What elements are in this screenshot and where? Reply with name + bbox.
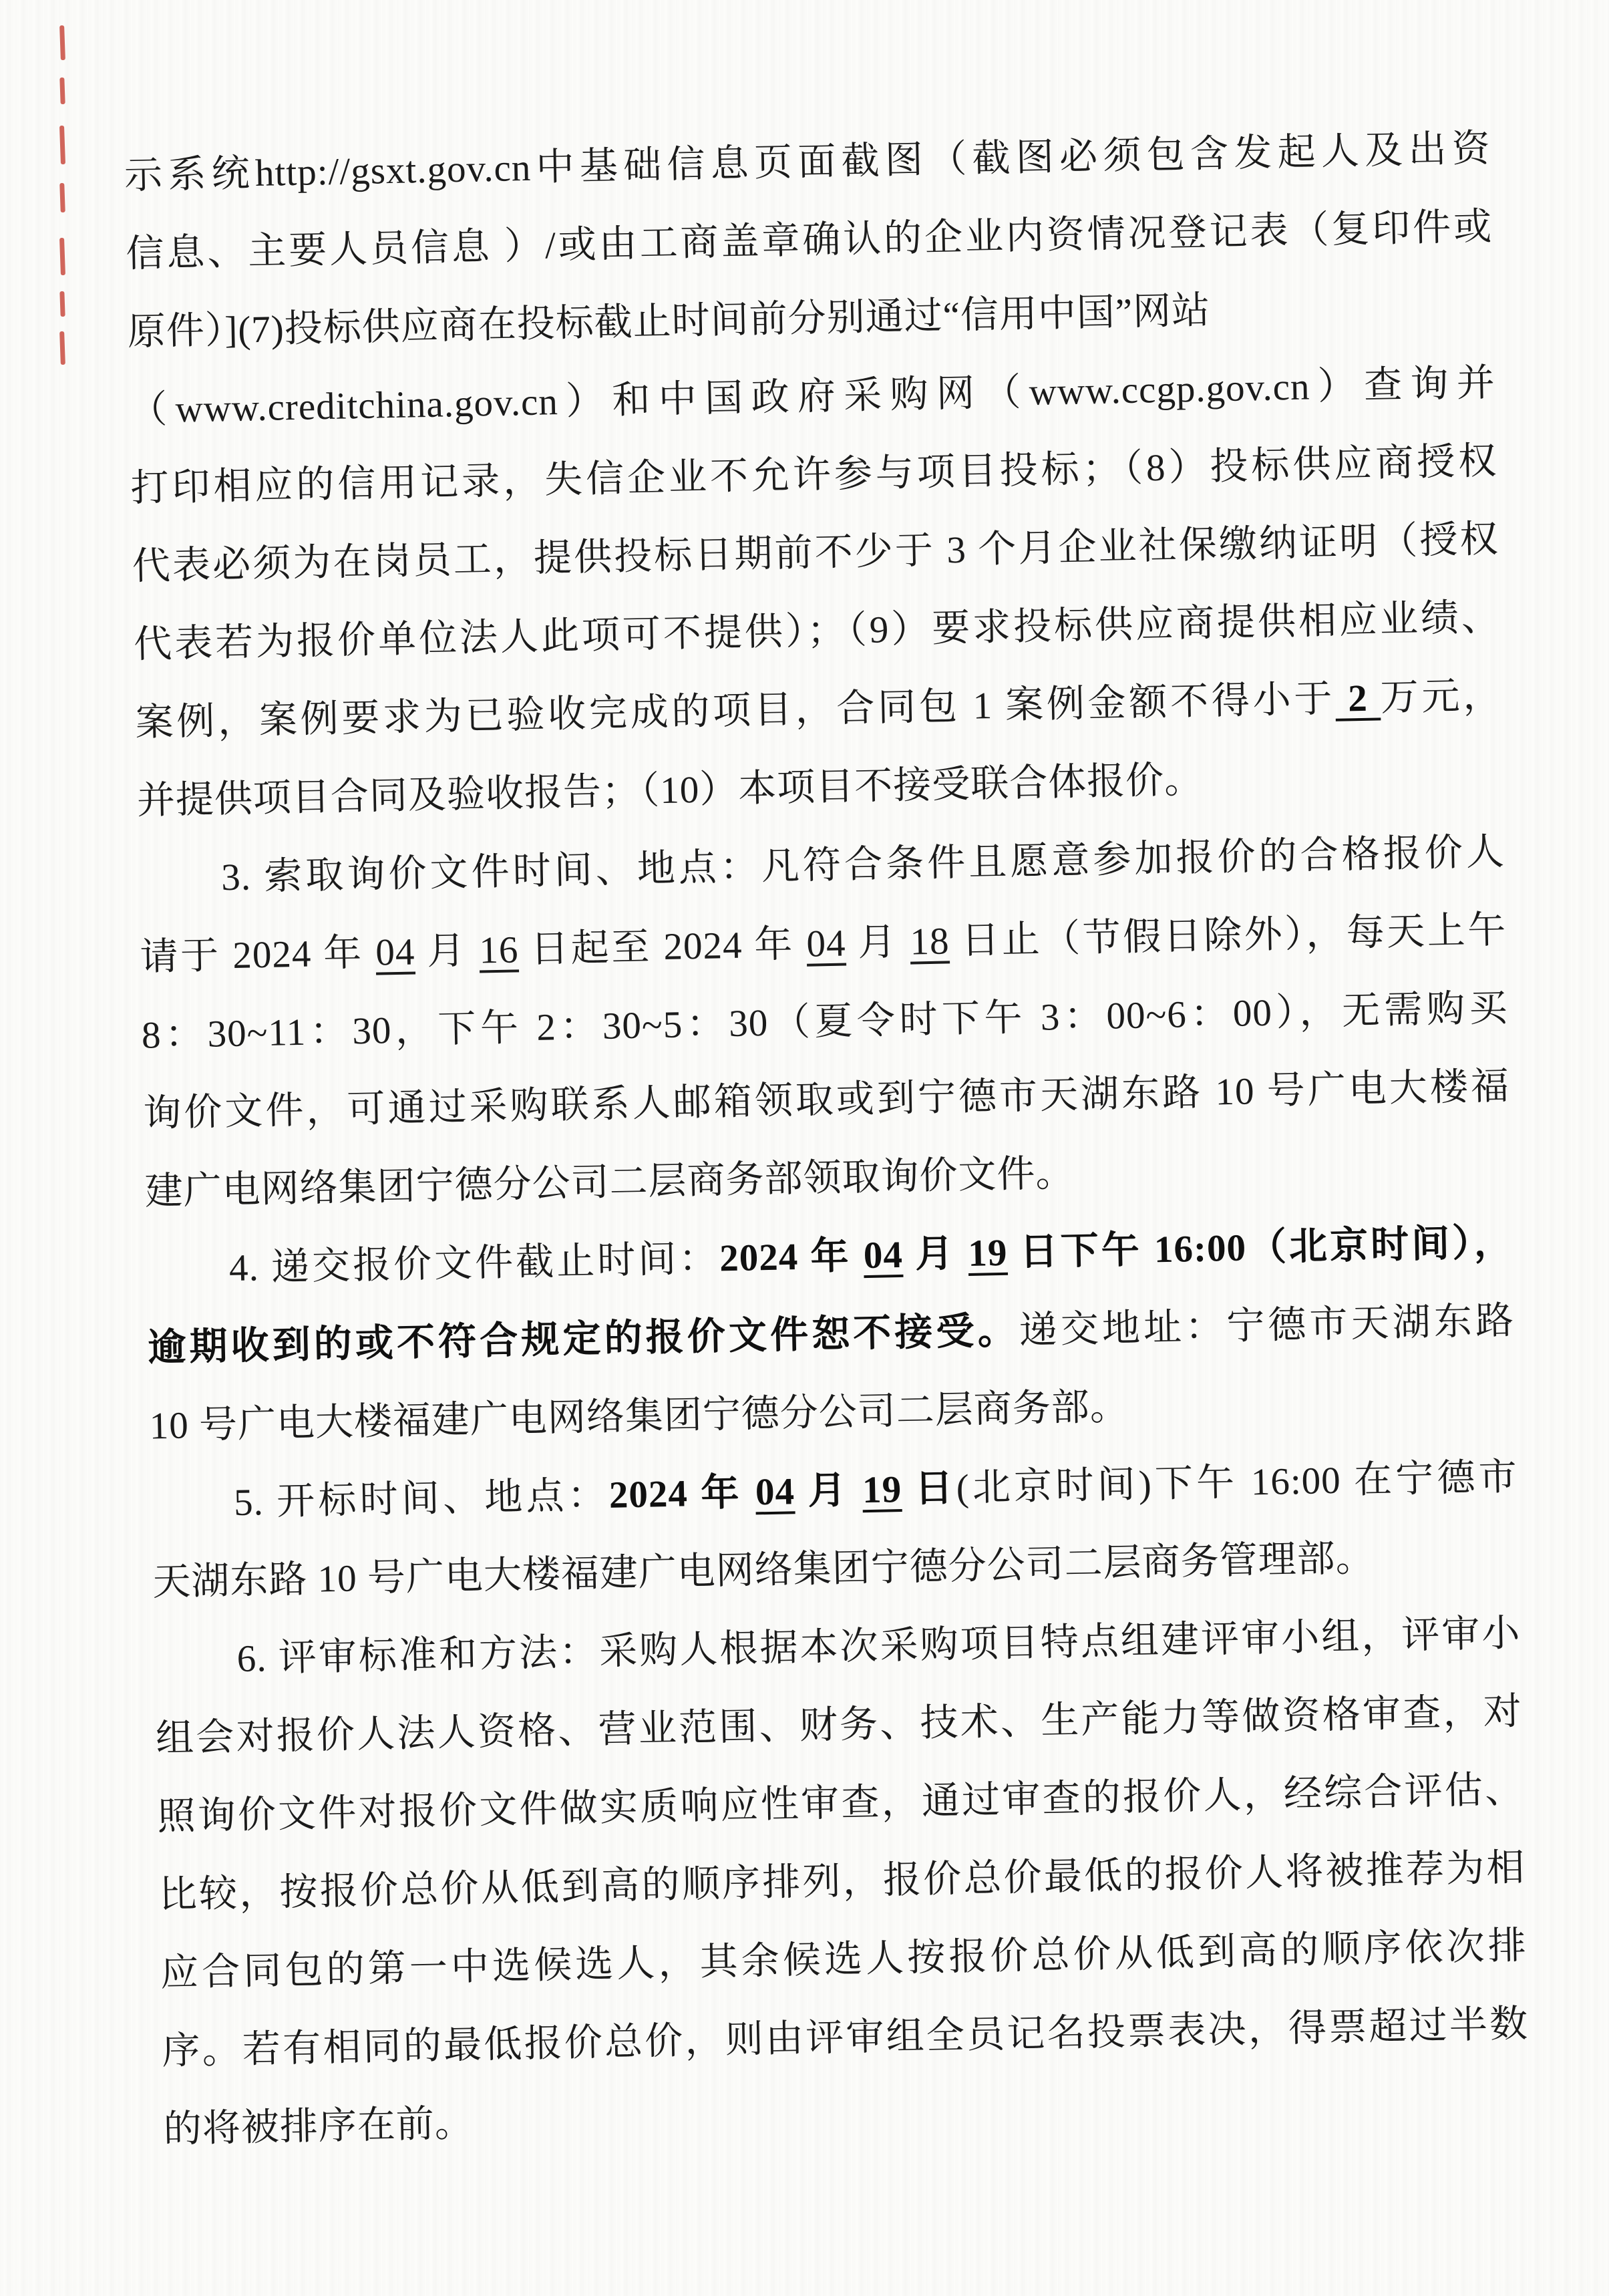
text-run: 逾期收到的或不符合规定的报价文件恕不接受。 bbox=[148, 1309, 1020, 1369]
text-run: 2024 年 bbox=[719, 1235, 864, 1279]
text-run: 递交地址：宁德市天湖东路 bbox=[1019, 1300, 1514, 1352]
text-run: 18 bbox=[910, 920, 950, 963]
red-mark bbox=[59, 331, 65, 365]
text-run: 案例，案例要求为已验收完成的项目，合同包 1 案例金额不得小于 bbox=[135, 678, 1336, 744]
text-run: 日起至 2024 年 bbox=[518, 923, 807, 971]
text-run: 16 bbox=[479, 929, 519, 971]
text-run: 2024 年 bbox=[608, 1471, 755, 1516]
text-run: 日 bbox=[901, 1467, 956, 1510]
text-run: 天湖东路 10 号广电大楼福建广电网络集团宁德分公司二层商务管理部。 bbox=[152, 1537, 1375, 1604]
text-run: 月 bbox=[846, 921, 910, 965]
red-mark bbox=[59, 238, 65, 275]
text-run: 应合同包的第一中选候选人，其余候选人按报价总价从低到高的顺序依次排 bbox=[160, 1925, 1528, 1994]
red-ink-marks bbox=[59, 25, 72, 373]
text-run: 4. 递交报价文件截止时间： bbox=[228, 1237, 720, 1289]
text-run: 询价文件，可通过采购联系人邮箱领取或到宁德市天湖东路 10 号广电大楼福 bbox=[143, 1065, 1510, 1135]
text-run: 月 bbox=[415, 930, 480, 973]
text-run: 19 bbox=[968, 1232, 1008, 1275]
red-mark bbox=[59, 126, 65, 164]
text-run: 信息、主要人员信息 ）/或由工商盖章确认的企业内资情况登记表（复印件或 bbox=[126, 206, 1493, 275]
text-run: 的将被排序在前。 bbox=[163, 2102, 474, 2150]
text-run: 月 bbox=[902, 1233, 968, 1276]
text-run: 代表必须为在岗员工，提供投标日期前不少于 3 个月企业社保缴纳证明（授权 bbox=[132, 518, 1499, 588]
text-run: (北京时间)下午 16:00 在宁德市 bbox=[956, 1456, 1517, 1510]
red-mark bbox=[59, 25, 65, 60]
text-run: 10 号广电大楼福建广电网络集团宁德分公司二层商务部。 bbox=[149, 1385, 1129, 1447]
red-mark bbox=[59, 291, 65, 317]
text-run: 请于 2024 年 bbox=[140, 932, 376, 979]
text-run: 5. 开标时间、地点： bbox=[233, 1474, 609, 1524]
scanned-document-page: 示系统http://gsxt.gov.cn中基础信息页面截图（截图必须包含发起人… bbox=[0, 0, 1609, 2296]
text-run: 8：30~11：30，下午 2：30~5：30（夏令时下午 3：00~6：00）… bbox=[141, 987, 1508, 1057]
text-run: 代表若为报价单位法人此项可不提供）；（9）要求投标供应商提供相应业绩、 bbox=[134, 597, 1501, 666]
text-run: 月 bbox=[794, 1469, 862, 1512]
text-run: 04 bbox=[806, 923, 846, 965]
text-run: 打印相应的信用记录，失信企业不允许参与项目投标；（8）投标供应商授权 bbox=[130, 440, 1497, 510]
text-run: 序。若有相同的最低报价总价，则由评审组全员记名投票表决，得票超过半数 bbox=[162, 2003, 1529, 2072]
red-mark bbox=[59, 183, 65, 212]
text-run: 04 bbox=[375, 931, 415, 973]
text-run: 万元， bbox=[1380, 675, 1502, 719]
document-text: 示系统http://gsxt.gov.cn中基础信息页面截图（截图必须包含发起人… bbox=[124, 110, 1531, 2168]
text-run: 示系统http://gsxt.gov.cn中基础信息页面截图（截图必须包含发起人… bbox=[124, 128, 1491, 197]
text-run: 3. 索取询价文件时间、地点：凡符合条件且愿意参加报价的合格报价人 bbox=[221, 831, 1505, 899]
text-run: 原件）](7)投标供应商在投标截止时间前分别通过“信用中国”网站 bbox=[127, 289, 1210, 353]
text-run: 组会对报价人法人资格、营业范围、财务、技术、生产能力等做资格审查，对 bbox=[156, 1690, 1523, 1760]
text-run: 04 bbox=[863, 1234, 903, 1277]
red-mark bbox=[59, 77, 65, 104]
text-run: 日下午 16:00（北京时间）， bbox=[1007, 1222, 1513, 1274]
text-run: 日止（节假日除外），每天上午 bbox=[949, 909, 1507, 963]
text-run: 并提供项目合同及验收报告；（10）本项目不接受联合体报价。 bbox=[136, 759, 1203, 822]
text-run: （www.creditchina.gov.cn）和中国政府采购网（www.ccg… bbox=[129, 362, 1496, 432]
text-run: 比较，按报价总价从低到高的顺序排列，报价总价最低的报价人将被推荐为相 bbox=[158, 1846, 1526, 1916]
text-run: 04 bbox=[755, 1470, 795, 1513]
text-run: 6. 评审标准和方法：采购人根据本次采购项目特点组建评审小组，评审小 bbox=[236, 1612, 1521, 1680]
text-run: 建广电网络集团宁德分公司二层商务部领取询价文件。 bbox=[144, 1152, 1075, 1213]
text-run: 照询价文件对报价文件做实质响应性审查，通过审查的报价人，经综合评估、 bbox=[157, 1768, 1524, 1838]
text-run: 19 bbox=[862, 1468, 902, 1511]
text-run: 2 bbox=[1335, 677, 1381, 719]
